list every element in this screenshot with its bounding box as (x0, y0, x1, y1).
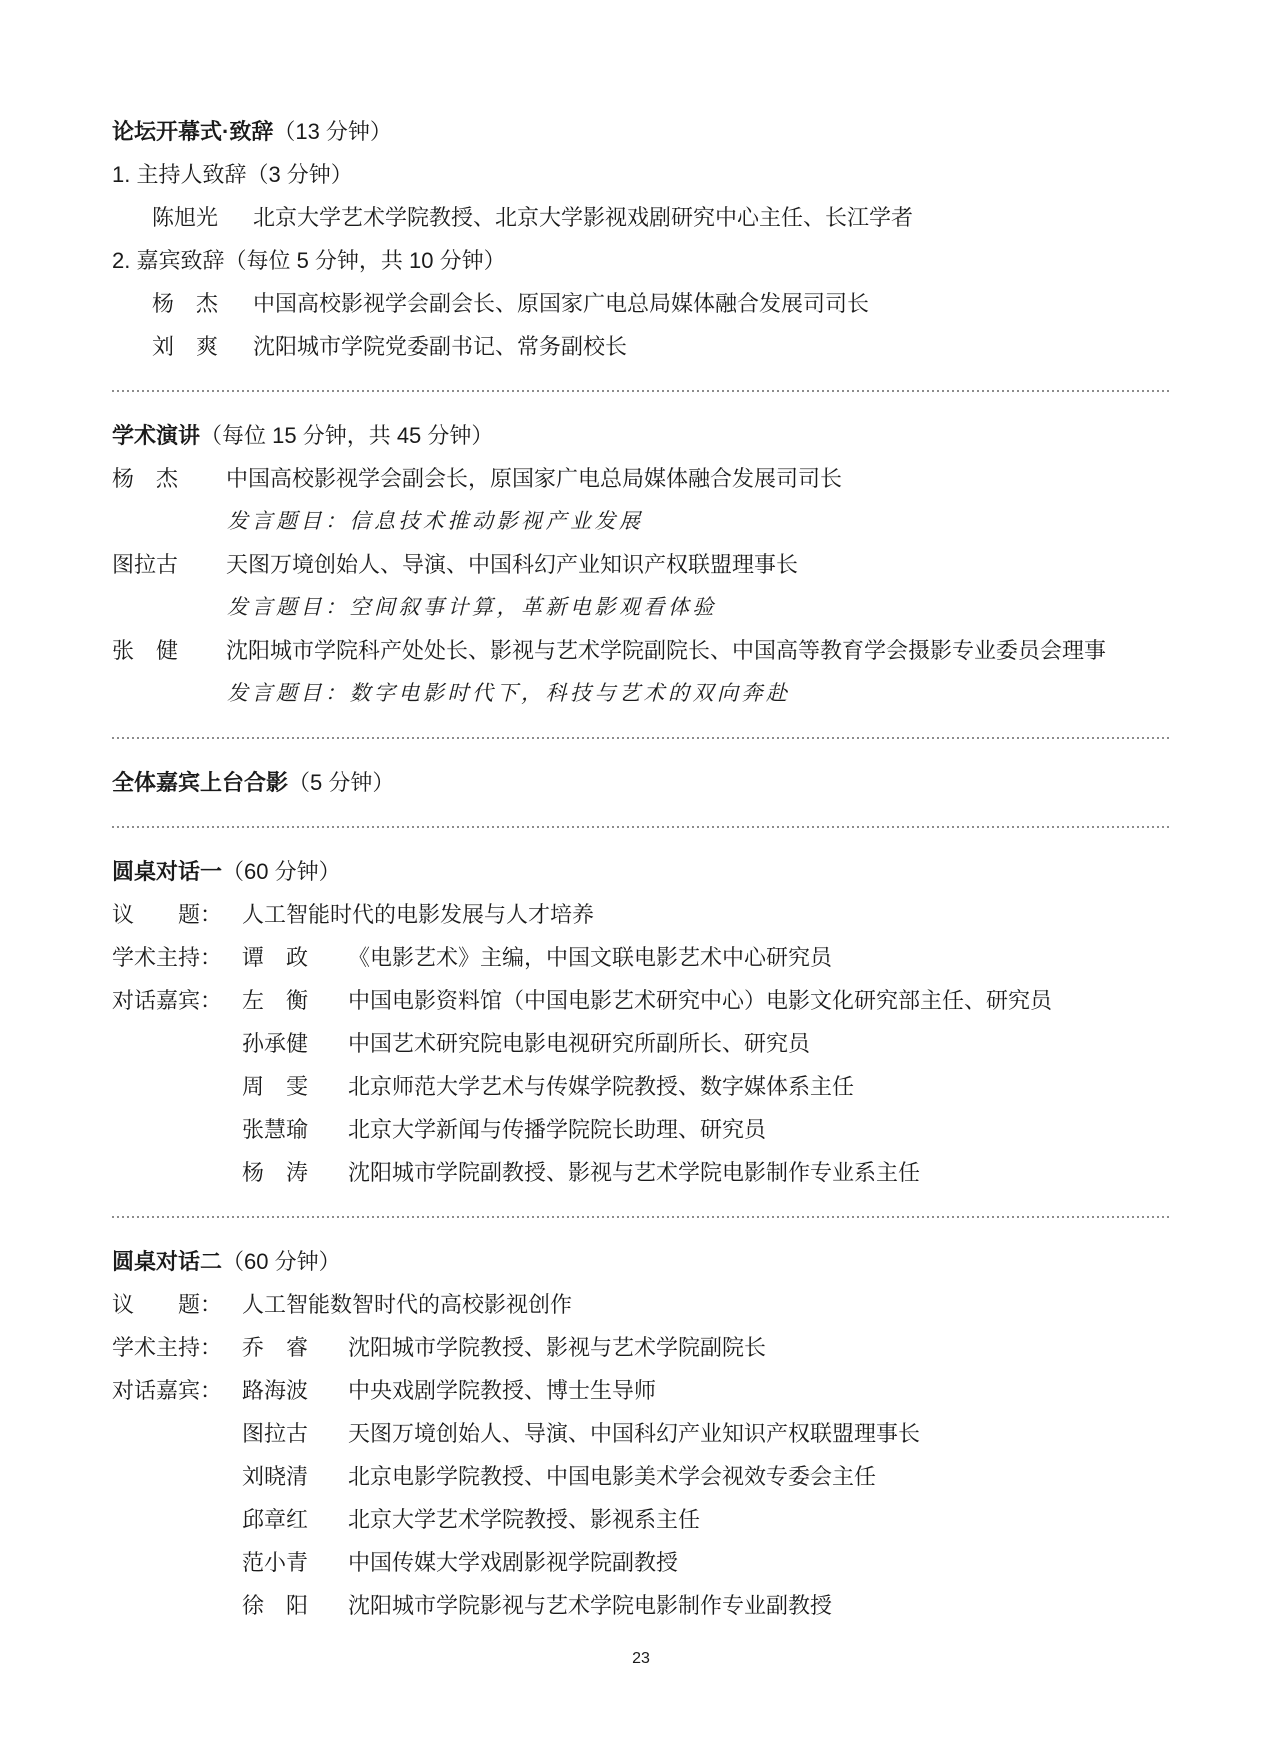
section-title: 学术演讲 (112, 423, 200, 448)
dotted-divider (112, 737, 1170, 739)
topic-row: 议 题： 人工智能时代的电影发展与人才培养 (112, 893, 1170, 936)
agenda-item-guest-speech: 2. 嘉宾致辞（每位 5 分钟，共 10 分钟） (112, 239, 1170, 282)
guest-row: 刘晓清 北京电影学院教授、中国电影美术学会视效专委会主任 (112, 1455, 1170, 1498)
conference-agenda-page: 论坛开幕式·致辞（13 分钟） 1. 主持人致辞（3 分钟） 陈旭光 北京大学艺… (0, 0, 1280, 1745)
speaker-title: 沈阳城市学院副教授、影视与艺术学院电影制作专业系主任 (348, 1151, 920, 1194)
section-header: 论坛开幕式·致辞（13 分钟） (112, 110, 1170, 153)
section-title: 圆桌对话一 (112, 859, 222, 884)
guest-row: 孙承健 中国艺术研究院电影电视研究所副所长、研究员 (112, 1022, 1170, 1065)
speaker-name: 邱章红 (242, 1498, 348, 1541)
speaker-title: 中国传媒大学戏剧影视学院副教授 (348, 1541, 678, 1584)
speaker-name: 谭 政 (242, 936, 348, 979)
speaker-title: 沈阳城市学院教授、影视与艺术学院副院长 (348, 1326, 766, 1369)
speaker-title: 北京大学新闻与传播学院院长助理、研究员 (348, 1108, 766, 1151)
section-group-photo: 全体嘉宾上台合影（5 分钟） (112, 761, 1170, 804)
section-keynote: 学术演讲（每位 15 分钟，共 45 分钟） 杨 杰 中国高校影视学会副会长，原… (112, 414, 1170, 715)
speaker-name: 徐 阳 (242, 1584, 348, 1627)
guest-row: 对话嘉宾： 左 衡 中国电影资料馆（中国电影艺术研究中心）电影文化研究部主任、研… (112, 979, 1170, 1022)
speech-topic: 发言题目：信息技术推动影视产业发展 (112, 500, 1170, 543)
section-duration: （5 分钟） (288, 770, 394, 795)
speaker-row: 陈旭光 北京大学艺术学院教授、北京大学影视戏剧研究中心主任、长江学者 (112, 196, 1170, 239)
speaker-title: 中国艺术研究院电影电视研究所副所长、研究员 (348, 1022, 810, 1065)
role-label: 学术主持： (112, 936, 242, 979)
page-number: 23 (632, 1650, 650, 1667)
speaker-title: 天图万境创始人、导演、中国科幻产业知识产权联盟理事长 (226, 543, 798, 586)
speaker-name: 杨 杰 (112, 457, 226, 500)
speaker-name: 图拉古 (112, 543, 226, 586)
speaker-name: 周 雯 (242, 1065, 348, 1108)
speaker-title: 天图万境创始人、导演、中国科幻产业知识产权联盟理事长 (348, 1412, 920, 1455)
role-label: 对话嘉宾： (112, 979, 242, 1022)
role-label: 学术主持： (112, 1326, 242, 1369)
speaker-title: 北京师范大学艺术与传媒学院教授、数字媒体系主任 (348, 1065, 854, 1108)
speaker-title: 北京大学艺术学院教授、影视系主任 (348, 1498, 700, 1541)
speaker-name: 刘晓清 (242, 1455, 348, 1498)
speaker-name: 杨 涛 (242, 1151, 348, 1194)
guest-row: 杨 涛 沈阳城市学院副教授、影视与艺术学院电影制作专业系主任 (112, 1151, 1170, 1194)
section-duration: （13 分钟） (273, 119, 392, 144)
speaker-title: 沈阳城市学院党委副书记、常务副校长 (253, 325, 627, 368)
speaker-name: 路海波 (242, 1369, 348, 1412)
guest-row: 张慧瑜 北京大学新闻与传播学院院长助理、研究员 (112, 1108, 1170, 1151)
section-header: 全体嘉宾上台合影（5 分钟） (112, 761, 1170, 804)
speaker-title: 中央戏剧学院教授、博士生导师 (348, 1369, 656, 1412)
page-footer: 23 (112, 1649, 1170, 1669)
section-header: 圆桌对话二（60 分钟） (112, 1240, 1170, 1283)
dotted-divider (112, 390, 1170, 392)
roundtable-topic: 人工智能时代的电影发展与人才培养 (242, 893, 594, 936)
dotted-divider (112, 1216, 1170, 1218)
section-duration: （60 分钟） (222, 1249, 341, 1274)
speaker-title: 沈阳城市学院影视与艺术学院电影制作专业副教授 (348, 1584, 832, 1627)
speech-topic: 发言题目：空间叙事计算，革新电影观看体验 (112, 586, 1170, 629)
section-roundtable-1: 圆桌对话一（60 分钟） 议 题： 人工智能时代的电影发展与人才培养 学术主持：… (112, 850, 1170, 1194)
speaker-row: 张 健 沈阳城市学院科产处处长、影视与艺术学院副院长、中国高等教育学会摄影专业委… (112, 629, 1170, 672)
speaker-row: 杨 杰 中国高校影视学会副会长、原国家广电总局媒体融合发展司司长 (112, 282, 1170, 325)
section-header: 学术演讲（每位 15 分钟，共 45 分钟） (112, 414, 1170, 457)
dotted-divider (112, 826, 1170, 828)
section-title: 圆桌对话二 (112, 1249, 222, 1274)
section-title: 全体嘉宾上台合影 (112, 770, 288, 795)
speaker-title: 北京电影学院教授、中国电影美术学会视效专委会主任 (348, 1455, 876, 1498)
host-row: 学术主持： 乔 睿 沈阳城市学院教授、影视与艺术学院副院长 (112, 1326, 1170, 1369)
speaker-title: 《电影艺术》主编，中国文联电影艺术中心研究员 (348, 936, 832, 979)
speaker-title: 中国高校影视学会副会长，原国家广电总局媒体融合发展司司长 (226, 457, 842, 500)
speaker-name: 乔 睿 (242, 1326, 348, 1369)
guest-row: 徐 阳 沈阳城市学院影视与艺术学院电影制作专业副教授 (112, 1584, 1170, 1627)
section-duration: （每位 15 分钟，共 45 分钟） (200, 423, 493, 448)
role-label: 议 题： (112, 1283, 242, 1326)
guest-row: 周 雯 北京师范大学艺术与传媒学院教授、数字媒体系主任 (112, 1065, 1170, 1108)
speaker-name: 杨 杰 (152, 282, 253, 325)
guest-row: 图拉古 天图万境创始人、导演、中国科幻产业知识产权联盟理事长 (112, 1412, 1170, 1455)
speaker-name: 刘 爽 (152, 325, 253, 368)
section-duration: （60 分钟） (222, 859, 341, 884)
speaker-row: 杨 杰 中国高校影视学会副会长，原国家广电总局媒体融合发展司司长 (112, 457, 1170, 500)
speaker-title: 沈阳城市学院科产处处长、影视与艺术学院副院长、中国高等教育学会摄影专业委员会理事 (226, 629, 1106, 672)
guest-row: 范小青 中国传媒大学戏剧影视学院副教授 (112, 1541, 1170, 1584)
speaker-row: 刘 爽 沈阳城市学院党委副书记、常务副校长 (112, 325, 1170, 368)
speaker-name: 陈旭光 (152, 196, 253, 239)
role-label: 对话嘉宾： (112, 1369, 242, 1412)
speaker-name: 图拉古 (242, 1412, 348, 1455)
roundtable-topic: 人工智能数智时代的高校影视创作 (242, 1283, 572, 1326)
role-label: 议 题： (112, 893, 242, 936)
section-title: 论坛开幕式·致辞 (112, 119, 273, 144)
speaker-row: 图拉古 天图万境创始人、导演、中国科幻产业知识产权联盟理事长 (112, 543, 1170, 586)
section-opening: 论坛开幕式·致辞（13 分钟） 1. 主持人致辞（3 分钟） 陈旭光 北京大学艺… (112, 110, 1170, 368)
topic-row: 议 题： 人工智能数智时代的高校影视创作 (112, 1283, 1170, 1326)
speaker-title: 北京大学艺术学院教授、北京大学影视戏剧研究中心主任、长江学者 (253, 196, 913, 239)
speaker-name: 左 衡 (242, 979, 348, 1022)
guest-row: 对话嘉宾： 路海波 中央戏剧学院教授、博士生导师 (112, 1369, 1170, 1412)
section-roundtable-2: 圆桌对话二（60 分钟） 议 题： 人工智能数智时代的高校影视创作 学术主持： … (112, 1240, 1170, 1627)
speech-topic: 发言题目：数字电影时代下，科技与艺术的双向奔赴 (112, 672, 1170, 715)
agenda-item-host-speech: 1. 主持人致辞（3 分钟） (112, 153, 1170, 196)
guest-row: 邱章红 北京大学艺术学院教授、影视系主任 (112, 1498, 1170, 1541)
speaker-name: 范小青 (242, 1541, 348, 1584)
speaker-name: 孙承健 (242, 1022, 348, 1065)
speaker-title: 中国高校影视学会副会长、原国家广电总局媒体融合发展司司长 (253, 282, 869, 325)
speaker-name: 张慧瑜 (242, 1108, 348, 1151)
host-row: 学术主持： 谭 政 《电影艺术》主编，中国文联电影艺术中心研究员 (112, 936, 1170, 979)
speaker-title: 中国电影资料馆（中国电影艺术研究中心）电影文化研究部主任、研究员 (348, 979, 1052, 1022)
section-header: 圆桌对话一（60 分钟） (112, 850, 1170, 893)
speaker-name: 张 健 (112, 629, 226, 672)
